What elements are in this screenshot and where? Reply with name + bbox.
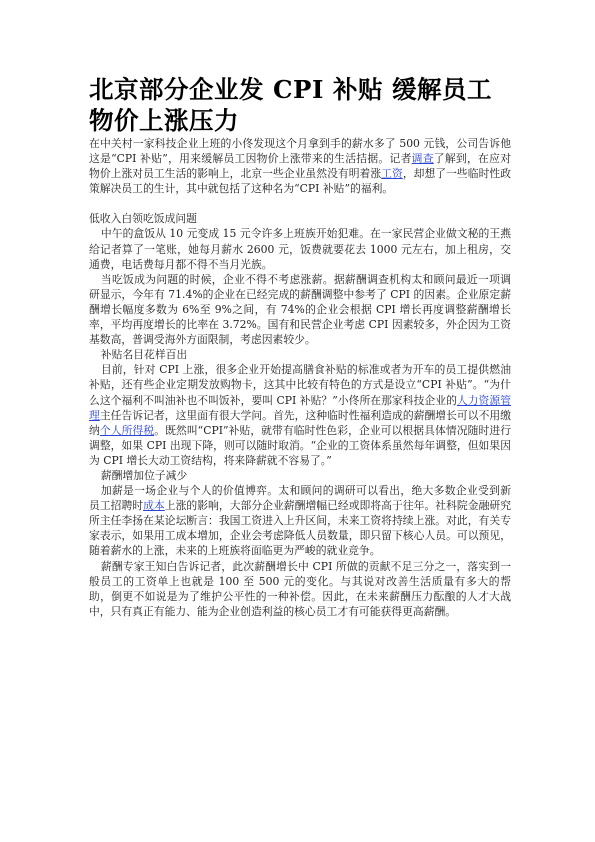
link-salary[interactable]: 工资 xyxy=(381,167,403,180)
article-title: 北京部分企业发 CPI 补贴 缓解员工物价上涨压力 xyxy=(89,74,511,136)
section2-paragraph: 目前，针对 CPI 上涨，很多企业开始提高膳食补贴的标准或者为开车的员工提供燃油… xyxy=(89,362,511,468)
document-page: 北京部分企业发 CPI 补贴 缓解员工物价上涨压力 在中关村一家科技企业上班的小… xyxy=(89,74,511,619)
link-cost[interactable]: 成本 xyxy=(143,499,165,512)
section2-heading: 补贴名目花样百出 xyxy=(89,347,511,362)
section1-paragraph-1: 中午的盒饭从 10 元变成 15 元令许多上班族开始犯难。在一家民营企业做文秘的… xyxy=(89,226,511,271)
intro-paragraph: 在中关村一家科技企业上班的小佟发现这个月拿到手的薪水多了 500 元钱，公司告诉… xyxy=(89,136,511,196)
section3-paragraph-2: 薪酬专家王知白告诉记者，此次薪酬增长中 CPI 所做的贡献不足三分之一，落实到一… xyxy=(89,559,511,619)
section3-heading: 薪酬增加位子减少 xyxy=(89,468,511,483)
section1-heading: 低收入白领吃饭成问题 xyxy=(89,211,511,226)
section1-paragraph-2: 当吃饭成为问题的时候，企业不得不考虑涨薪。据薪酬调查机构太和顾问最近一项调研显示… xyxy=(89,272,511,347)
section2-text-1: 目前，针对 CPI 上涨，很多企业开始提高膳食补贴的标准或者为开车的员工提供燃油… xyxy=(89,363,511,406)
link-survey[interactable]: 调查 xyxy=(412,152,434,165)
link-income-tax[interactable]: 个人所得税 xyxy=(100,424,154,437)
article-body: 在中关村一家科技企业上班的小佟发现这个月拿到手的薪水多了 500 元钱，公司告诉… xyxy=(89,136,511,619)
spacer xyxy=(89,196,511,211)
section3-paragraph-1: 加薪是一场企业与个人的价值博弈。太和顾问的调研可以看出，绝大多数企业受到新员工招… xyxy=(89,483,511,558)
